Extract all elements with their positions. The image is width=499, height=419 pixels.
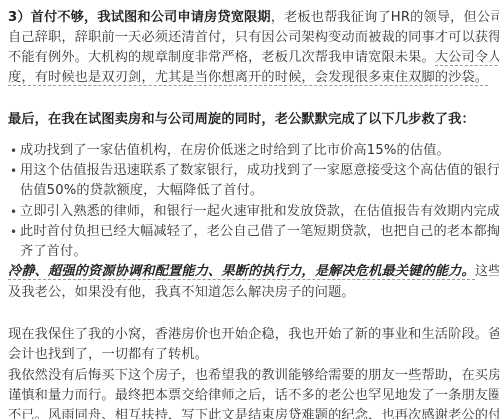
closing-line-3: 我依然没有后悔买下这个房子，也希望我的教训能够给需要的朋友一些帮助，在买房子的时… <box>8 366 499 386</box>
closing-line-1: 现在我保住了我的小窝，香港房价也开始企稳，我也开始了新的事业和生活阶段。爸爸公司… <box>8 325 499 345</box>
bullet-icon: • <box>10 202 17 222</box>
section3-text: ，老板也帮我征询了HR的领导，但公司的规定是如果 <box>271 10 499 25</box>
section3-text: 不能有例外。大机构的规章制度非常严格，老板几次帮我申请宽限未果。 <box>8 50 435 65</box>
emphasis-quote: 冷静、超强的资源协调和配置能力、果断的执行力，是解决危机最关键的能力。 <box>8 264 475 280</box>
list-item: 成功找到了一家估值机构，在房价低迷之时给到了比市价高15%的估值。 <box>20 141 450 161</box>
list-item: 用这个估值报告迅速联系了数家银行，成功找到了一家愿意接受这个高估值的银行，给出相… <box>20 161 499 181</box>
summary-line-2: 及我老公，如果没有他，我真不知道怎么解决房子的问题。 <box>8 283 355 303</box>
finally-heading: 最后，在我在试图卖房和与公司周旋的同时，老公默默完成了以下几步救了我： <box>8 110 475 130</box>
list-item: 立即引入熟悉的律师，和银行一起火速审批和发放贷款，在估值报告有效期内完成全部流程… <box>20 202 499 222</box>
bullet-icon: • <box>10 161 17 181</box>
underlined-quote: 度，有时候也是双刃剑，尤其是当你想离开的时候，会发现很多束住双脚的沙袋。 <box>8 70 488 86</box>
list-item-cont: 齐了首付。 <box>20 242 87 262</box>
section3-line-3: 不能有例外。大机构的规章制度非常严格，老板几次帮我申请宽限未果。大公司令人羡慕的… <box>8 48 499 68</box>
section3-line-1: 3）首付不够，我试图和公司申请房贷宽限期，老板也帮我征询了HR的领导，但公司的规… <box>8 8 499 28</box>
closing-line-5: 不已。风雨同舟、相互扶持，写下此文是结束房贷难题的纪念，也再次感谢老公的付出和支… <box>8 406 499 419</box>
closing-line-4: 谨慎和量力而行。最终把本票交给律师之后，话不多的老公也罕见地发了一条朋友圈，我们… <box>8 386 499 406</box>
underlined-quote: 大公司令人羡慕的福利制 <box>435 50 499 66</box>
summary-text: 这些能力我都远不 <box>475 264 499 279</box>
section3-line-2: 自己辞职，辞职前一天必须还清首付，只有因公司架构变动而被裁的同事才可以获得房贷宽… <box>8 28 499 48</box>
section3-heading: 3）首付不够，我试图和公司申请房贷宽限期 <box>8 10 271 25</box>
section3-line-4: 度，有时候也是双刃剑，尤其是当你想离开的时候，会发现很多束住双脚的沙袋。 <box>8 68 488 88</box>
list-item: 此时首付负担已经大幅减轻了，老公自己借了一笔短期贷款，也把自己的老本都掏出来协助… <box>20 222 499 242</box>
summary-line-1: 冷静、超强的资源协调和配置能力、果断的执行力，是解决危机最关键的能力。这些能力我… <box>8 262 499 282</box>
closing-line-2: 会计也找到了，一切都有了转机。 <box>8 345 208 365</box>
list-item-cont: 估值50%的贷款额度，大幅降低了首付。 <box>20 181 263 201</box>
bullet-icon: • <box>10 222 17 242</box>
bullet-icon: • <box>10 141 17 161</box>
